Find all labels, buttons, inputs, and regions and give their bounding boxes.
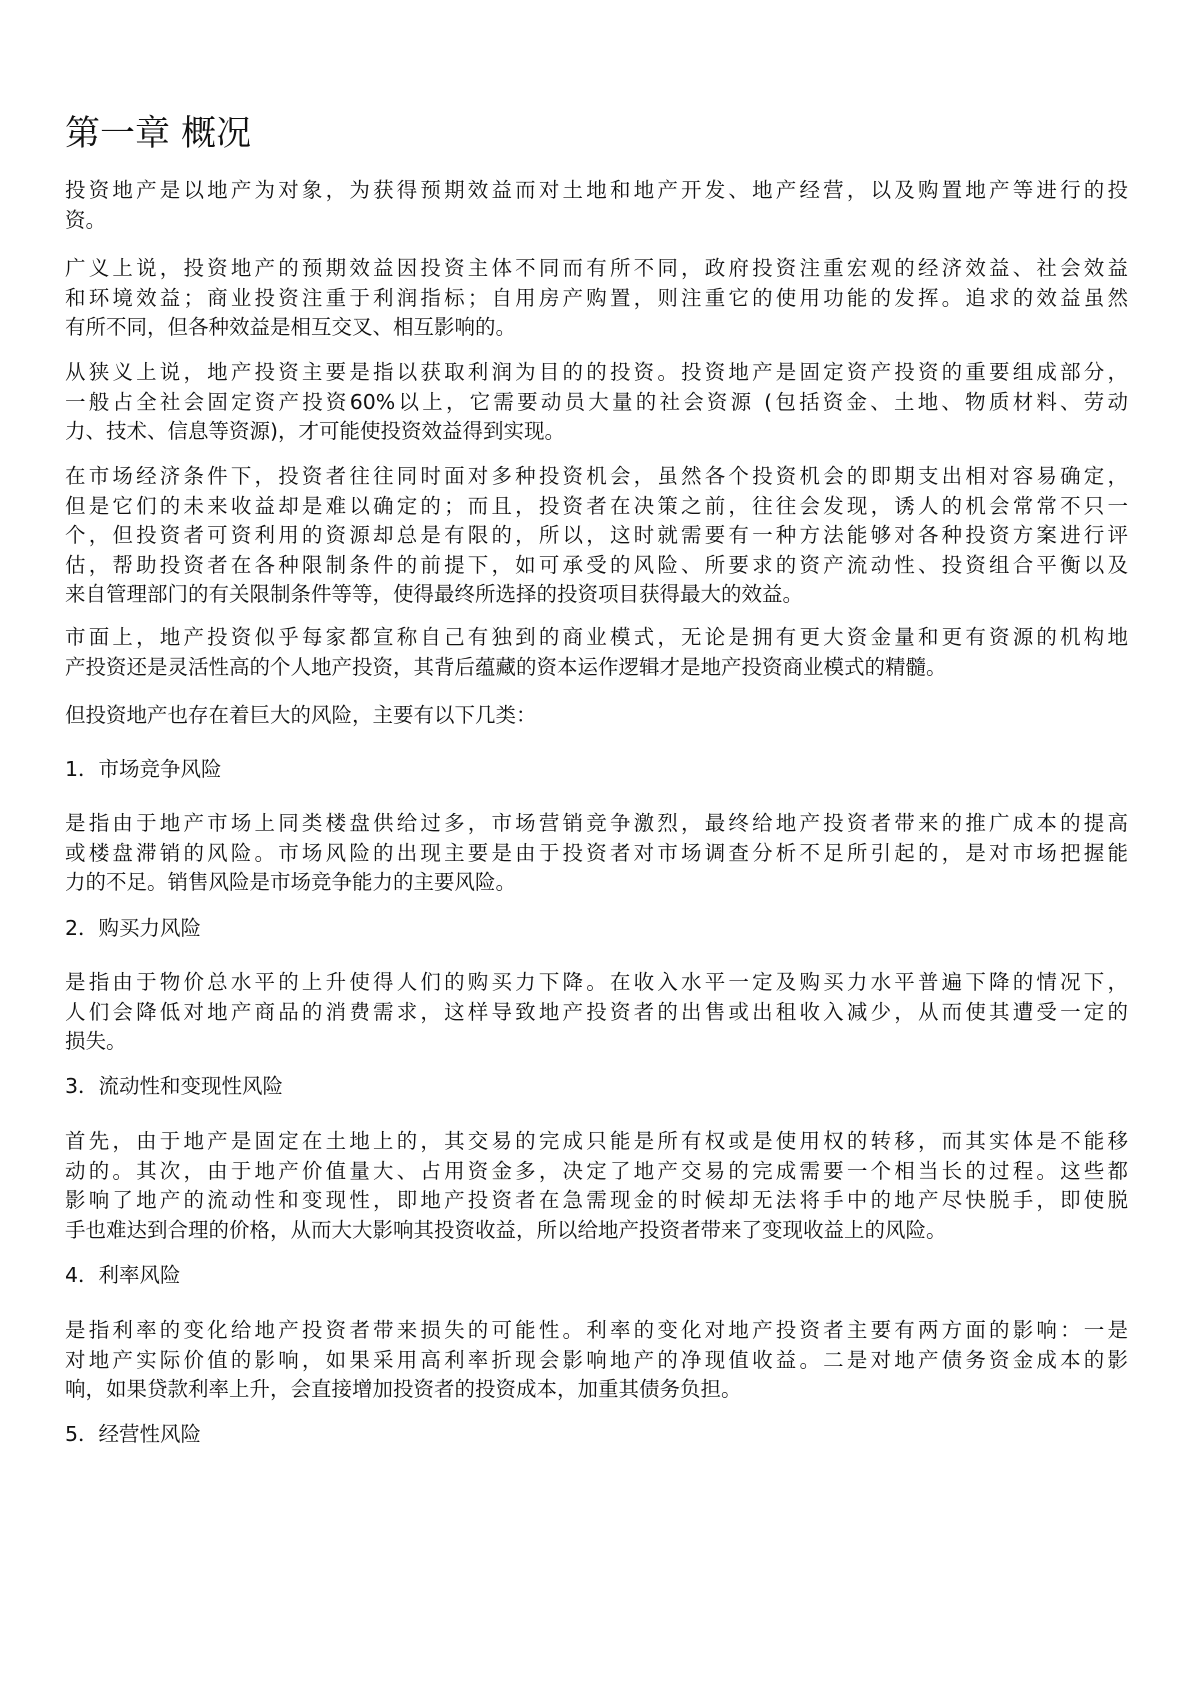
text-line: 是指利率的变化给地产投资者带来损失的可能性。利率的变化对地产投资者主要有两方面的…: [65, 1316, 1128, 1346]
text-line: 或楼盘滞销的风险。市场风险的出现主要是由于投资者对市场调查分析不足所引起的，是对…: [65, 839, 1128, 869]
text-line: 广义上说，投资地产的预期效益因投资主体不同而有所不同，政府投资注重宏观的经济效益…: [65, 254, 1128, 284]
text-line: 动的。其次，由于地产价值量大、占用资金多，决定了地产交易的完成需要一个相当长的过…: [65, 1157, 1128, 1187]
paragraph-narrow-sense: 从狭义上说，地产投资主要是指以获取利润为目的的投资。投资地产是固定资产投资的重要…: [65, 358, 1128, 447]
risk-heading-market-competition: 1．市场竞争风险: [65, 755, 222, 785]
paragraph-definition: 投资地产是以地产为对象，为获得预期效益而对土地和地产开发、地产经营，以及购置地产…: [65, 176, 1128, 235]
risk-heading-operational: 5．经营性风险: [65, 1420, 201, 1450]
text-line: 手也难达到合理的价格，从而大大影响其投资收益，所以给地产投资者带来了变现收益上的…: [65, 1216, 1128, 1246]
risk-body-liquidity: 首先，由于地产是固定在土地上的，其交易的完成只能是所有权或是使用权的转移，而其实…: [65, 1127, 1128, 1245]
text-line: 来自管理部门的有关限制条件等等，使得最终所选择的投资项目获得最大的效益。: [65, 580, 1128, 610]
text-line: 投资地产是以地产为对象，为获得预期效益而对土地和地产开发、地产经营，以及购置地产…: [65, 176, 1128, 206]
text-line: 响，如果贷款利率上升，会直接增加投资者的投资成本，加重其债务负担。: [65, 1375, 1128, 1405]
text-line: 市面上，地产投资似乎每家都宣称自己有独到的商业模式，无论是拥有更大资金量和更有资…: [65, 623, 1128, 653]
text-line: 力、技术、信息等资源)，才可能使投资效益得到实现。: [65, 417, 1128, 447]
risk-body-purchasing-power: 是指由于物价总水平的上升使得人们的购买力下降。在收入水平一定及购买力水平普遍下降…: [65, 968, 1128, 1057]
text-line: 人们会降低对地产商品的消费需求，这样导致地产投资者的出售或出租收入减少，从而使其…: [65, 998, 1128, 1028]
text-line: 从狭义上说，地产投资主要是指以获取利润为目的的投资。投资地产是固定资产投资的重要…: [65, 358, 1128, 388]
chapter-title: 第一章 概况: [65, 112, 251, 156]
risk-body-market-competition: 是指由于地产市场上同类楼盘供给过多，市场营销竞争激烈，最终给地产投资者带来的推广…: [65, 809, 1128, 898]
paragraph-business-model: 市面上，地产投资似乎每家都宣称自己有独到的商业模式，无论是拥有更大资金量和更有资…: [65, 623, 1128, 682]
risk-heading-purchasing-power: 2．购买力风险: [65, 914, 201, 944]
text-line: 估，帮助投资者在各种限制条件的前提下，如可承受的风险、所要求的资产流动性、投资组…: [65, 551, 1128, 581]
text-line: 首先，由于地产是固定在土地上的，其交易的完成只能是所有权或是使用权的转移，而其实…: [65, 1127, 1128, 1157]
text-line: 但投资地产也存在着巨大的风险，主要有以下几类：: [65, 701, 1128, 731]
paragraph-risk-intro: 但投资地产也存在着巨大的风险，主要有以下几类：: [65, 701, 1128, 731]
text-line: 个，但投资者可资利用的资源却总是有限的，所以，这时就需要有一种方法能够对各种投资…: [65, 521, 1128, 551]
text-line: 产投资还是灵活性高的个人地产投资，其背后蕴藏的资本运作逻辑才是地产投资商业模式的…: [65, 653, 1128, 683]
text-line: 力的不足。销售风险是市场竞争能力的主要风险。: [65, 868, 1128, 898]
text-line: 在市场经济条件下，投资者往往同时面对多种投资机会，虽然各个投资机会的即期支出相对…: [65, 462, 1128, 492]
text-line: 但是它们的未来收益却是难以确定的；而且，投资者在决策之前，往往会发现，诱人的机会…: [65, 492, 1128, 522]
text-line: 资。: [65, 206, 1128, 236]
text-line: 是指由于物价总水平的上升使得人们的购买力下降。在收入水平一定及购买力水平普遍下降…: [65, 968, 1128, 998]
risk-body-interest-rate: 是指利率的变化给地产投资者带来损失的可能性。利率的变化对地产投资者主要有两方面的…: [65, 1316, 1128, 1405]
text-line: 损失。: [65, 1027, 1128, 1057]
text-line: 有所不同，但各种效益是相互交叉、相互影响的。: [65, 313, 1128, 343]
paragraph-market-economy: 在市场经济条件下，投资者往往同时面对多种投资机会，虽然各个投资机会的即期支出相对…: [65, 462, 1128, 610]
risk-heading-liquidity: 3．流动性和变现性风险: [65, 1072, 283, 1102]
text-line: 和环境效益；商业投资注重于利润指标；自用房产购置，则注重它的使用功能的发挥。追求…: [65, 284, 1128, 314]
paragraph-broad-sense: 广义上说，投资地产的预期效益因投资主体不同而有所不同，政府投资注重宏观的经济效益…: [65, 254, 1128, 343]
risk-heading-interest-rate: 4．利率风险: [65, 1261, 181, 1291]
text-line: 一般占全社会固定资产投资60%以上，它需要动员大量的社会资源 (包括资金、土地、…: [65, 388, 1128, 418]
text-line: 影响了地产的流动性和变现性，即地产投资者在急需现金的时候却无法将手中的地产尽快脱…: [65, 1186, 1128, 1216]
text-line: 是指由于地产市场上同类楼盘供给过多，市场营销竞争激烈，最终给地产投资者带来的推广…: [65, 809, 1128, 839]
text-line: 对地产实际价值的影响，如果采用高利率折现会影响地产的净现值收益。二是对地产债务资…: [65, 1346, 1128, 1376]
